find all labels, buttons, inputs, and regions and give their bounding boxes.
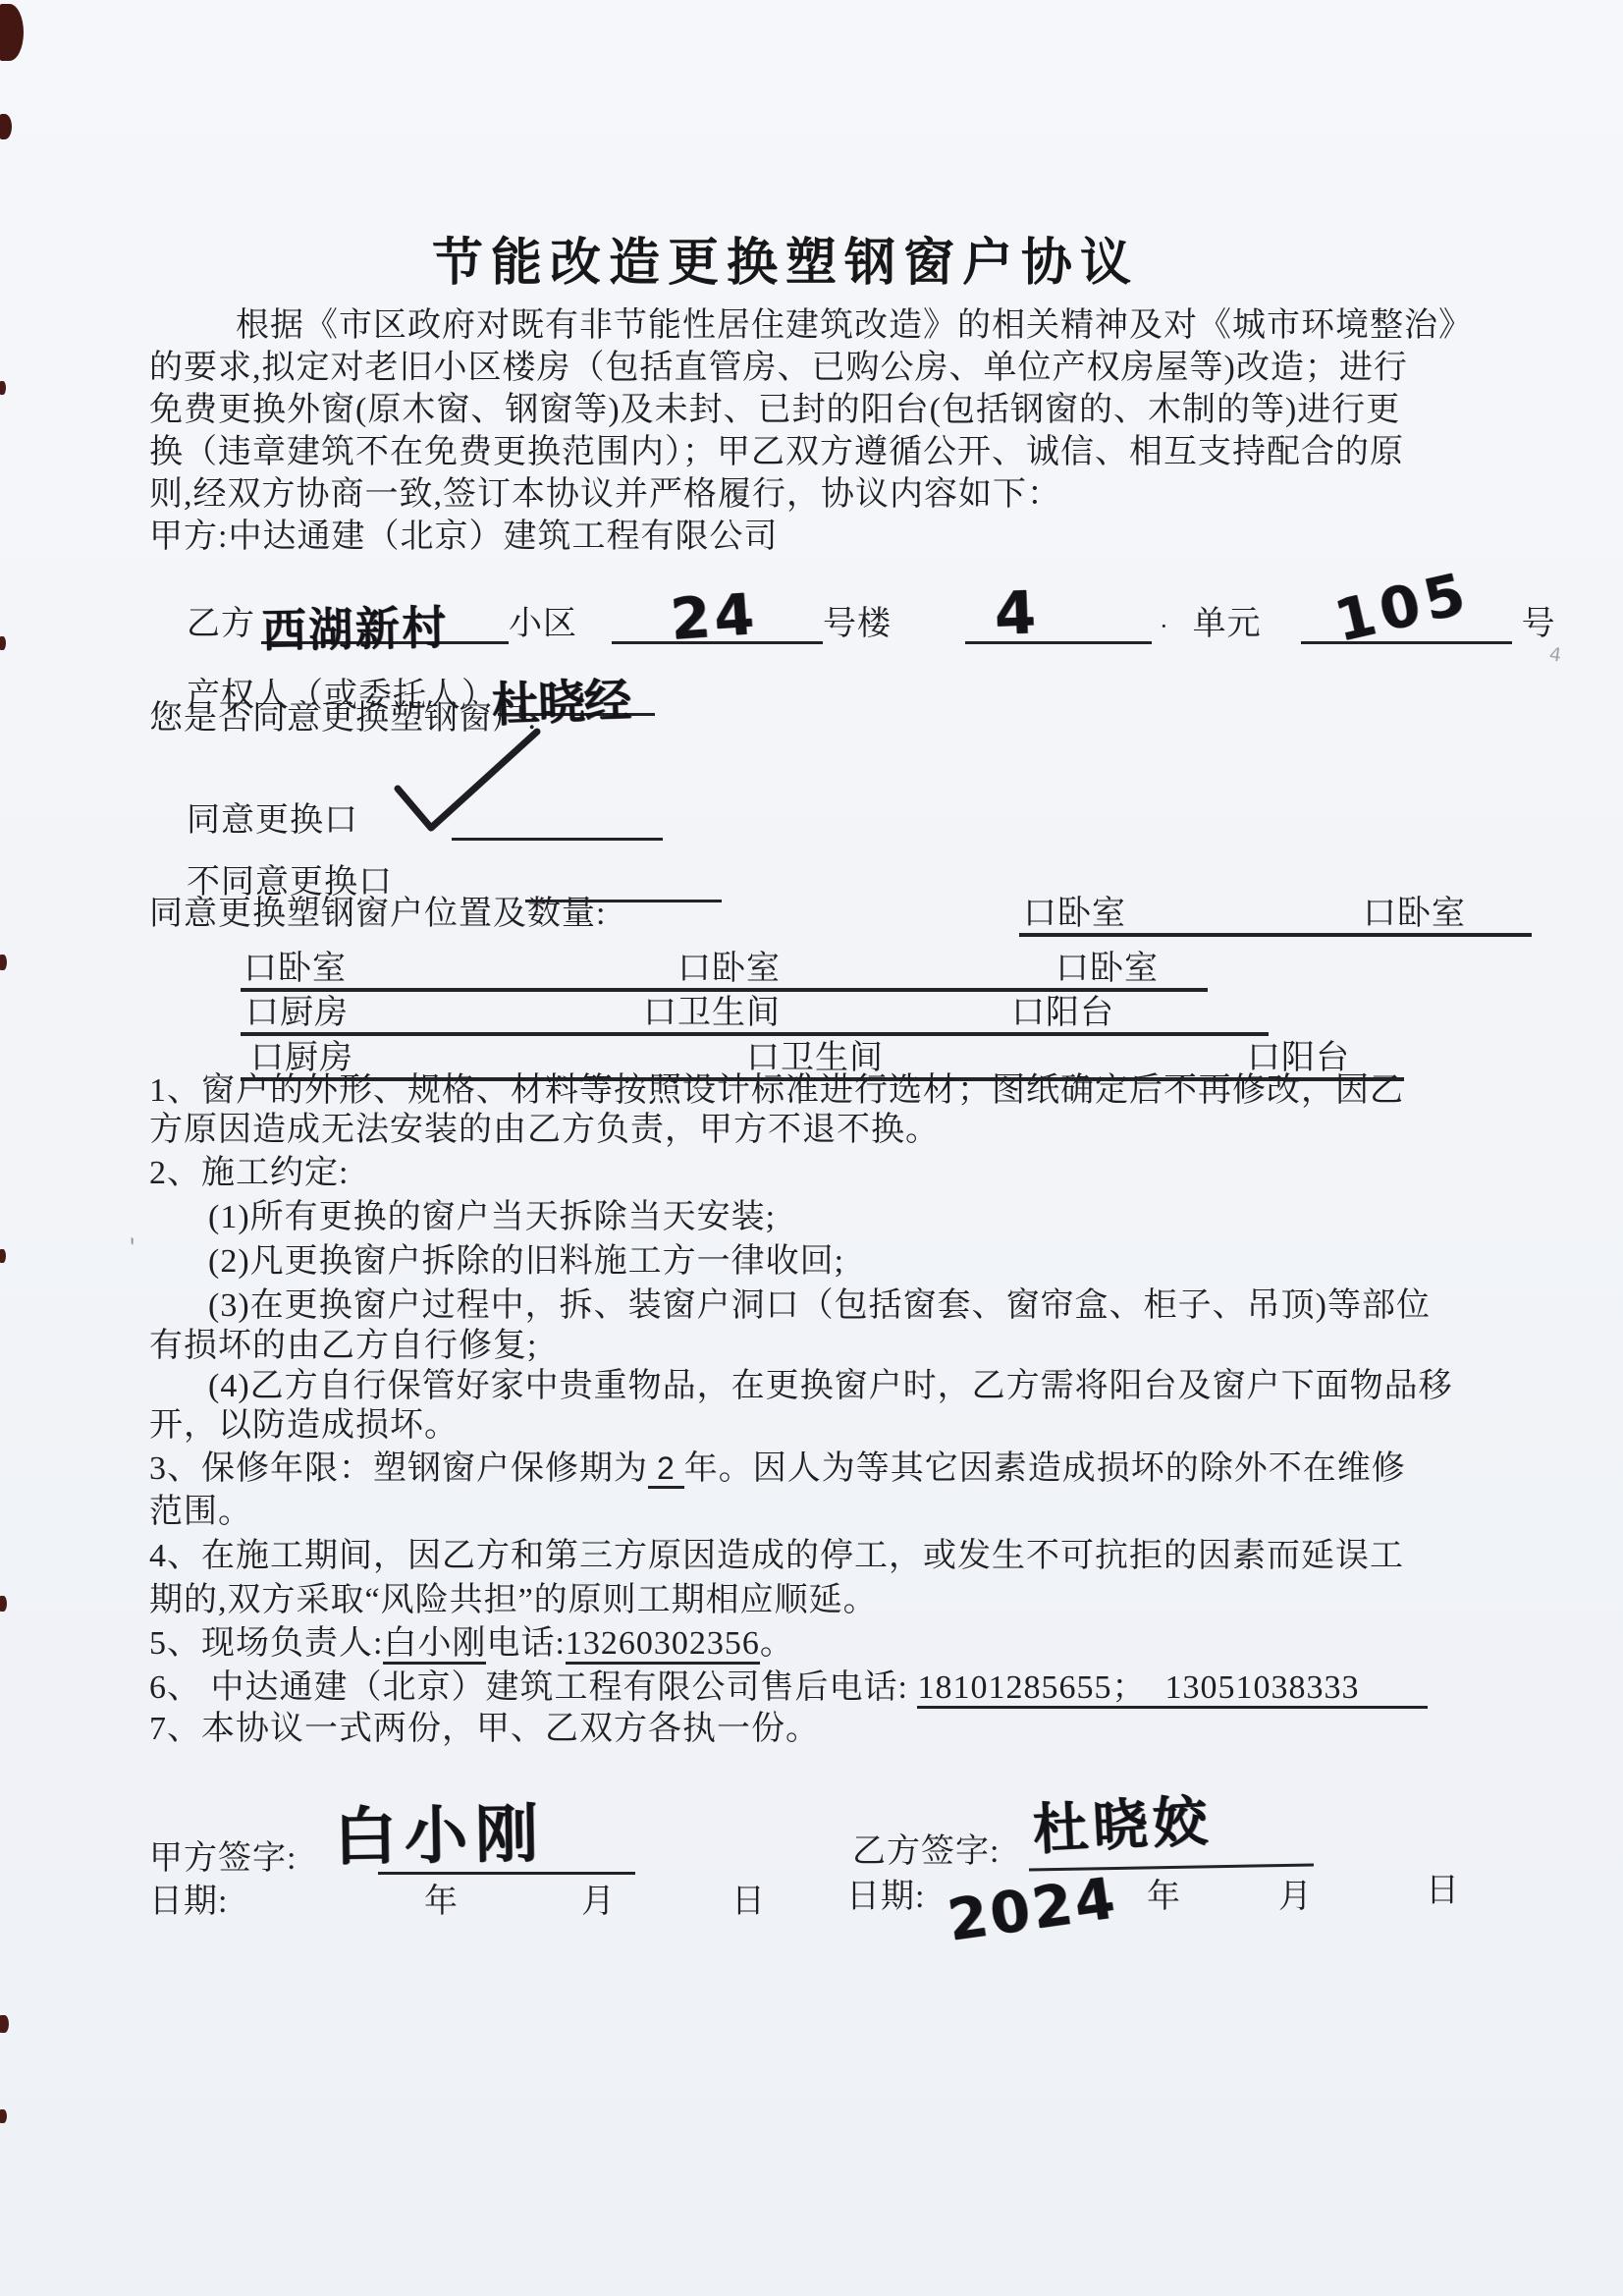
scan-mark [0, 2109, 7, 2123]
scan-mark [0, 1249, 6, 1263]
site-manager-phone: 13260302356 [566, 1625, 760, 1665]
party-b-date-label: 日期: [846, 1878, 925, 1918]
scan-mark [0, 2015, 9, 2033]
scan-mark [0, 4, 24, 61]
clause-3-prefix: 3、保修年限：塑钢窗户保修期为 [149, 1450, 648, 1487]
unit-suffix: 单元 [1193, 606, 1262, 642]
aftersales-phones: 18101285655； 13051038333 [917, 1669, 1428, 1709]
building-suffix: 号楼 [823, 606, 892, 642]
party-b-sign-label: 乙方签字: [852, 1832, 1000, 1873]
party-a-sign-label: 甲方签字: [149, 1839, 297, 1880]
clause-4-line-1: 4、在施工期间，因乙方和第三方原因造成的停工，或发生不可抗拒的因素而延误工 [149, 1537, 1404, 1577]
checkbox-option-bathroom: 口卫生间 [643, 985, 781, 1033]
quantity-underline [1019, 933, 1532, 937]
unit-no-blank: 4 [965, 602, 1152, 644]
location-row-kitchen-2: 口厨房 口卫生间 口阳台 [149, 1030, 1534, 1077]
room-suffix: 号 [1522, 606, 1556, 642]
date-year-label: 年 [424, 1883, 459, 1923]
intro-line: 的要求,拟定对老旧小区楼房（包括直管房、已购公房、单位产权房屋等)改造；进行 [149, 349, 1408, 389]
clause-2-item-3-line-1: (3)在更换窗户过程中，拆、装窗户洞口（包括窗套、窗帘盒、柜子、吊顶)等部位 [208, 1286, 1431, 1327]
clause-3-suffix: 年。因人为等其它因素造成损坏的除外不在维修 [684, 1450, 1406, 1487]
clause-5-prefix: 5、现场负责人: [149, 1625, 383, 1662]
party-b-signature-handwriting: 杜晓姣 [1032, 1794, 1215, 1859]
party-a-line: 甲方:中达通建（北京）建筑工程有限公司 [149, 518, 778, 558]
clause-1-line-2: 方原因造成无法安装的由乙方负责，甲方不退不换。 [149, 1111, 940, 1151]
party-a-signature-handwriting: 白小刚 [333, 1803, 546, 1870]
site-manager-name: 白小刚 [383, 1625, 486, 1665]
warranty-years-value: 2 [648, 1450, 684, 1489]
clause-6-prefix: 6、 中达通建（北京）建筑工程有限公司售后电话: [149, 1669, 917, 1706]
clause-2-item-1: (1)所有更换的窗户当天拆除当天安装; [208, 1198, 776, 1238]
intro-line: 根据《市区政府对既有非节能性居住建筑改造》的相关精神及对《城市环境整治》 [236, 306, 1473, 347]
document-title: 节能改造更换塑钢窗户协议 [20, 221, 1551, 295]
scan-mark [0, 955, 7, 970]
quantity-label: 同意更换塑钢窗户位置及数量: [149, 886, 606, 934]
clause-2-item-2: (2)凡更换窗户拆除的旧料施工方一律收回; [208, 1242, 844, 1283]
location-row-bedrooms: 口卧室 口卧室 口卧室 [149, 941, 1534, 988]
scan-speck: ` [111, 1232, 142, 1266]
clause-2-item-4-line-1: (4)乙方自行保管好家中贵重物品，在更换窗户时，乙方需将阳台及窗户下面物品移 [208, 1367, 1453, 1407]
room-no-blank: 105 [1301, 602, 1512, 644]
checkbox-option-bedroom: 口卧室 [677, 941, 781, 989]
location-row-kitchen-1: 口厨房 口卫生间 口阳台 [149, 985, 1534, 1032]
intro-line: 免费更换外窗(原木窗、钢窗等)及未封、已封的阳台(包括钢窗的、木制的等)进行更 [149, 391, 1400, 431]
clause-7: 7、本协议一式两份，甲、乙双方各执一份。 [149, 1710, 820, 1750]
separator-dot: · [1160, 612, 1169, 640]
clause-4-line-2: 期的,双方采取“风险共担”的原则工期相应顺延。 [149, 1581, 878, 1621]
checkbox-option-bedroom: 口卧室 [1023, 886, 1126, 934]
date-month-label: 月 [1278, 1878, 1313, 1918]
scan-mark [0, 1596, 7, 1612]
clause-3-line-2: 范围。 [149, 1493, 252, 1533]
scan-mark [0, 381, 6, 395]
intro-line: 则,经双方协商一致,签订本协议并严格履行，协议内容如下： [149, 475, 1061, 516]
quantity-row: 同意更换塑钢窗户位置及数量: 口卧室 口卧室 [149, 886, 1534, 933]
checkbox-option-bedroom: 口卧室 [1363, 886, 1466, 934]
party-b-year-handwriting: 2024 [945, 1869, 1121, 1949]
clause-5-end: 。 [760, 1625, 794, 1662]
party-a-date-label: 日期: [149, 1883, 228, 1923]
clause-2-item-4-line-2: 开，以防造成损坏。 [149, 1406, 459, 1447]
party-a-signature-underline [378, 1872, 635, 1875]
date-year-label: 年 [1147, 1878, 1181, 1918]
scan-mark [0, 114, 12, 139]
checkbox-option-bedroom: 口卧室 [243, 941, 347, 989]
checkbox-option-kitchen: 口厨房 [245, 985, 349, 1033]
date-month-label: 月 [581, 1883, 616, 1923]
scan-mark [0, 636, 6, 650]
clause-5: 5、现场负责人:白小刚电话:13260302356。 [149, 1624, 794, 1665]
checkbox-option-bedroom: 口卧室 [1055, 941, 1159, 989]
clause-6: 6、 中达通建（北京）建筑工程有限公司售后电话: 18101285655； 13… [149, 1668, 1428, 1709]
building-no-handwriting: 24 [669, 585, 760, 648]
room-no-handwriting: 105 [1329, 564, 1476, 650]
date-day-label: 日 [1426, 1872, 1460, 1912]
scanned-agreement-page: ` 4 节能改造更换塑钢窗户协议 根据《市区政府对既有非节能性居住建筑改造》的相… [0, 0, 1623, 2296]
intro-line: 换（违章建筑不在免费更换范围内）；甲乙双方遵循公开、诚信、相互支持配合的原 [149, 433, 1404, 473]
clause-3-line-1: 3、保修年限：塑钢窗户保修期为2年。因人为等其它因素造成损坏的除外不在维修 [149, 1449, 1406, 1490]
clause-1-line-1: 1、窗户的外形、规格、材料等按照设计标准进行选材；图纸确定后不再修改，因乙 [149, 1071, 1404, 1112]
clause-5-mid: 电话: [486, 1625, 565, 1662]
clause-2: 2、施工约定: [149, 1154, 349, 1194]
unit-no-handwriting: 4 [994, 583, 1038, 643]
clause-2-item-3-line-2: 有损坏的由乙方自行修复; [149, 1327, 537, 1367]
date-day-label: 日 [731, 1883, 766, 1923]
checkbox-option-balcony: 口阳台 [1011, 985, 1114, 1033]
